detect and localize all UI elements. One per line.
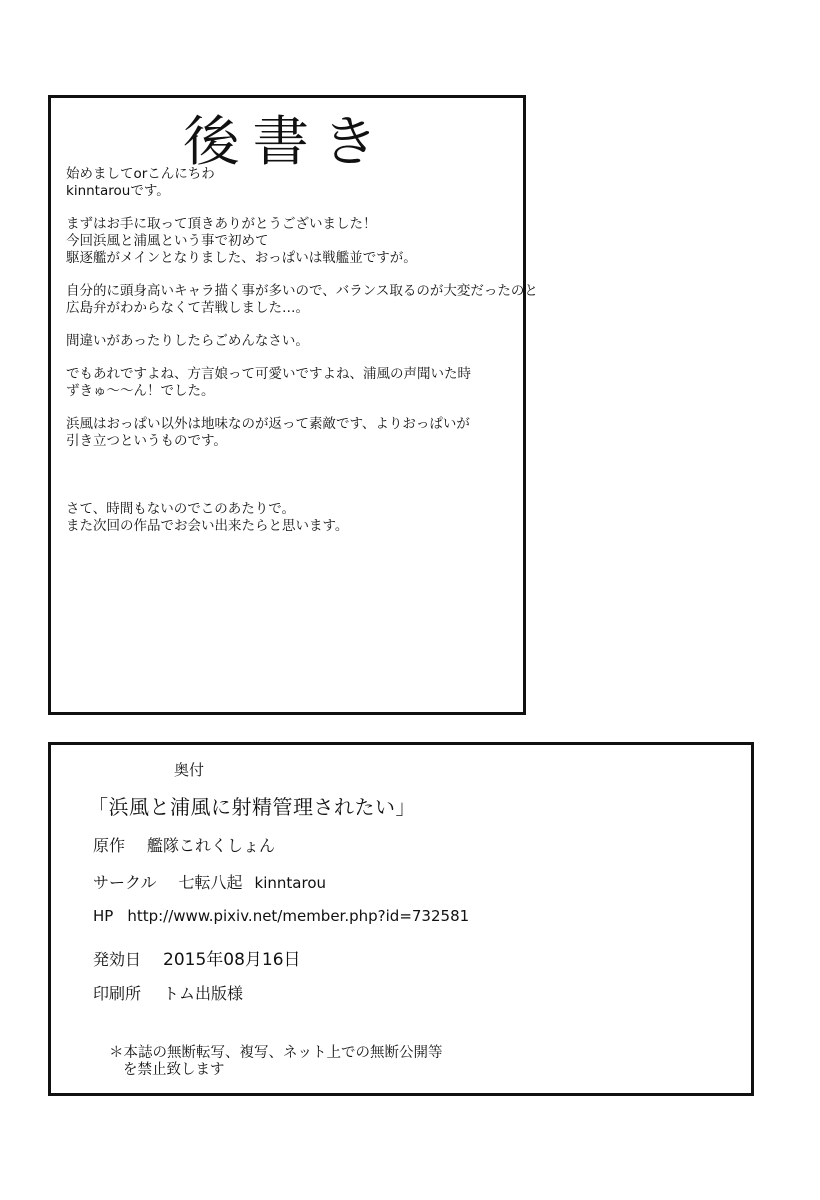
afterword-paragraph: でもあれですよね、方言娘って可愛いですよね、浦風の声聞いた時 ずきゅ～～ん！でし… bbox=[66, 366, 519, 400]
original-work-value: 艦隊これくしょん bbox=[147, 833, 275, 856]
afterword-title: 後書き bbox=[39, 110, 535, 174]
circle-value: 七転八起 bbox=[179, 870, 243, 893]
text-line: 駆逐艦がメインとなりました、おっぱいは戦艦並ですが。 bbox=[66, 250, 519, 267]
circle-label: サークル bbox=[93, 870, 157, 893]
text-line: 始めましてorこんにちわ bbox=[66, 166, 519, 183]
original-work-label: 原作 bbox=[93, 833, 125, 856]
text-line: 自分的に頭身高いキャラ描く事が多いので、バランス取るのが大変だったのと bbox=[66, 283, 519, 300]
text-line: また次回の作品でお会い出来たらと思います。 bbox=[66, 518, 519, 535]
printer-label: 印刷所 bbox=[93, 981, 141, 1004]
original-work-row: 原作艦隊これくしょん bbox=[93, 833, 275, 856]
afterword-paragraph: さて、時間もないのでこのあたりで。 また次回の作品でお会い出来たらと思います。 bbox=[66, 501, 519, 535]
book-title: 「浜風と浦風に射精管理されたい」 bbox=[88, 791, 416, 820]
text-line: さて、時間もないのでこのあたりで。 bbox=[66, 501, 519, 518]
issue-date-row: 発効日2015年08月16日 bbox=[93, 945, 301, 970]
author-name: kinntarou bbox=[255, 874, 326, 892]
notice-line-2: を禁止致します bbox=[109, 1062, 443, 1079]
text-line: 浜風はおっぱい以外は地味なのが返って素敵です、よりおっぱいが bbox=[66, 416, 519, 433]
afterword-paragraph: 間違いがあったりしたらごめんなさい。 bbox=[66, 333, 519, 350]
notice-line-1: ＊本誌の無断転写、複写、ネット上での無断公開等 bbox=[109, 1045, 443, 1061]
homepage-url: http://www.pixiv.net/member.php?id=73258… bbox=[127, 907, 469, 925]
afterword-body: 始めましてorこんにちわ kinntarouです。 まずはお手に取って頂きありが… bbox=[66, 166, 519, 551]
text-line: 今回浜風と浦風という事で初めて bbox=[66, 233, 519, 250]
printer-value: トム出版様 bbox=[163, 981, 243, 1004]
text-line: でもあれですよね、方言娘って可愛いですよね、浦風の声聞いた時 bbox=[66, 366, 519, 383]
text-line: まずはお手に取って頂きありがとうございました！ bbox=[66, 216, 519, 233]
afterword-paragraph: まずはお手に取って頂きありがとうございました！ 今回浜風と浦風という事で初めて … bbox=[66, 216, 519, 267]
issue-date-label: 発効日 bbox=[93, 947, 141, 970]
printer-row: 印刷所トム出版様 bbox=[93, 981, 243, 1004]
homepage-label: HP bbox=[93, 907, 113, 925]
colophon-box: 奥付 「浜風と浦風に射精管理されたい」 原作艦隊これくしょん サークル七転八起k… bbox=[48, 742, 754, 1096]
afterword-paragraph: 自分的に頭身高いキャラ描く事が多いので、バランス取るのが大変だったのと 広島弁が… bbox=[66, 283, 519, 317]
circle-row: サークル七転八起kinntarou bbox=[93, 870, 326, 893]
text-line: kinntarouです。 bbox=[66, 183, 519, 200]
text-line: 引き立つというものです。 bbox=[66, 433, 519, 450]
text-line: 間違いがあったりしたらごめんなさい。 bbox=[66, 333, 519, 350]
homepage-row: HPhttp://www.pixiv.net/member.php?id=732… bbox=[93, 907, 469, 925]
text-line: ずきゅ～～ん！でした。 bbox=[66, 383, 519, 400]
afterword-paragraph: 始めましてorこんにちわ kinntarouです。 bbox=[66, 166, 519, 200]
text-line: 広島弁がわからなくて苦戦しました…。 bbox=[66, 300, 519, 317]
issue-date-value: 2015年08月16日 bbox=[163, 945, 301, 970]
copyright-notice: ＊本誌の無断転写、複写、ネット上での無断公開等 を禁止致します bbox=[109, 1045, 443, 1079]
colophon-heading: 奥付 bbox=[174, 759, 204, 780]
afterword-box: 後書き 始めましてorこんにちわ kinntarouです。 まずはお手に取って頂… bbox=[48, 95, 526, 715]
afterword-paragraph: 浜風はおっぱい以外は地味なのが返って素敵です、よりおっぱいが 引き立つというもの… bbox=[66, 416, 519, 450]
